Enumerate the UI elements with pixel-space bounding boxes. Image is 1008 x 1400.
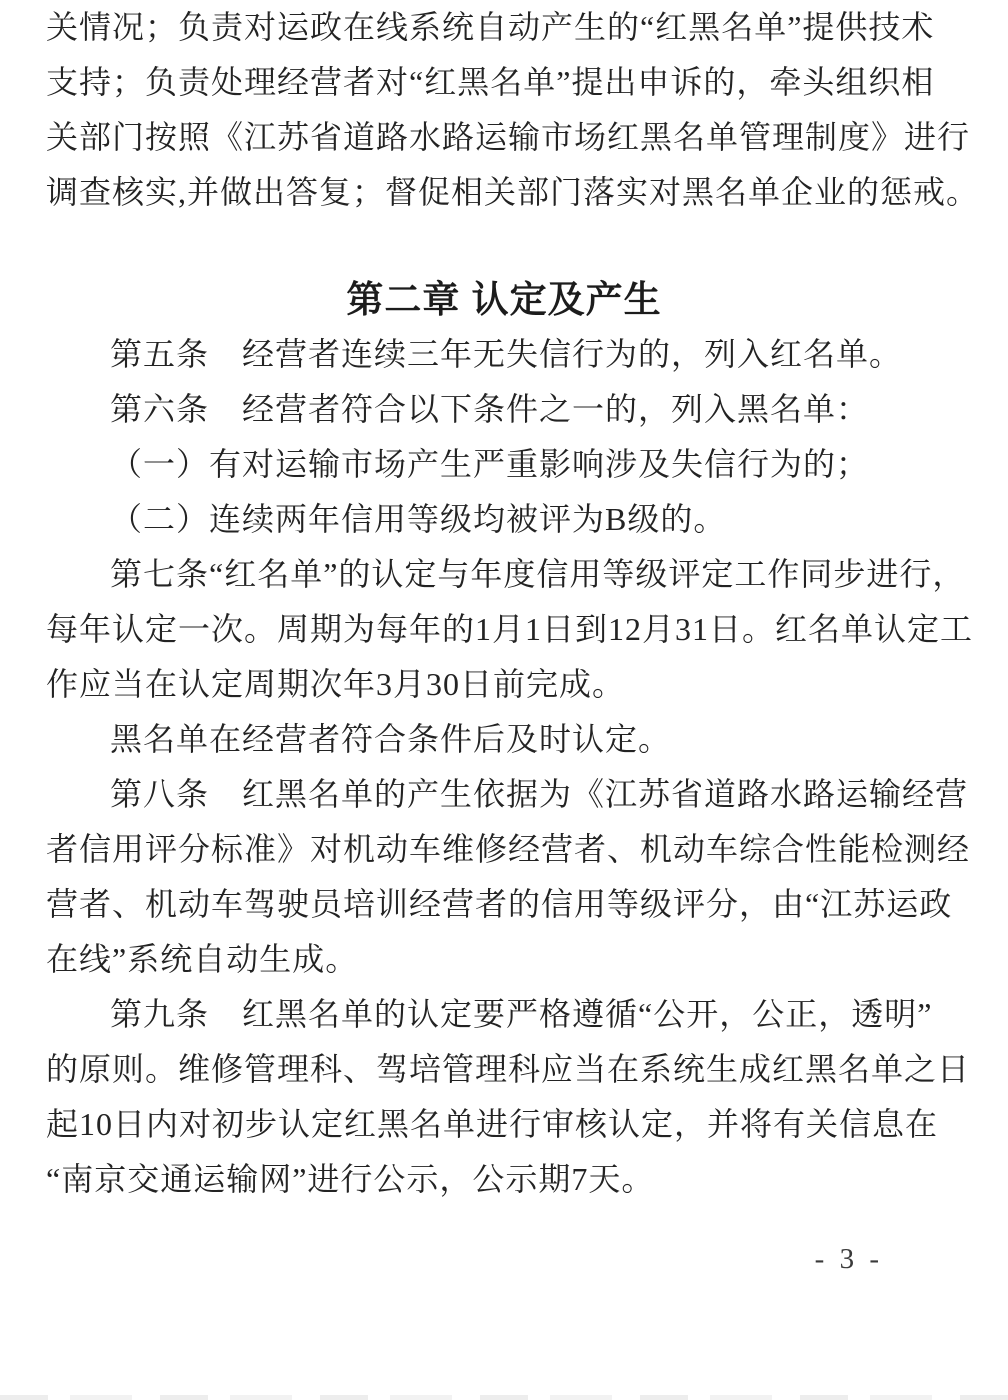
chapter-heading: 第二章 认定及产生 (46, 272, 962, 327)
text-line: 的原则。维修管理科、驾培管理科应当在系统生成红黑名单之日 (46, 1042, 962, 1097)
text-line: （一）有对运输市场产生严重影响涉及失信行为的； (46, 437, 962, 492)
text-line: 第九条 红黑名单的认定要严格遵循“公开，公正，透明” (46, 987, 962, 1042)
text-line: 在线”系统自动生成。 (46, 932, 962, 987)
document-page: 关情况；负责对运政在线系统自动产生的“红黑名单”提供技术支持；负责处理经营者对“… (0, 0, 1008, 1400)
text-line: 起10日内对初步认定红黑名单进行审核认定，并将有关信息在 (46, 1097, 962, 1152)
document-body: 关情况；负责对运政在线系统自动产生的“红黑名单”提供技术支持；负责处理经营者对“… (0, 0, 1008, 1207)
text-line: 每年认定一次。周期为每年的1月1日到12月31日。红名单认定工 (46, 602, 962, 657)
text-line: 者信用评分标准》对机动车维修经营者、机动车综合性能检测经 (46, 822, 962, 877)
text-line: 第七条“红名单”的认定与年度信用等级评定工作同步进行， (46, 547, 962, 602)
text-line: 关部门按照《江苏省道路水路运输市场红黑名单管理制度》进行 (46, 110, 962, 165)
text-line: 作应当在认定周期次年3月30日前完成。 (46, 657, 962, 712)
text-line: 第六条 经营者符合以下条件之一的，列入黑名单： (46, 382, 962, 437)
scan-artifact-strip (0, 1395, 1008, 1400)
text-line: 第五条 经营者连续三年无失信行为的，列入红名单。 (46, 327, 962, 382)
text-line: 调查核实,并做出答复；督促相关部门落实对黑名单企业的惩戒。 (46, 165, 962, 220)
text-line: 黑名单在经营者符合条件后及时认定。 (46, 712, 962, 767)
text-line: 营者、机动车驾驶员培训经营者的信用等级评分，由“江苏运政 (46, 877, 962, 932)
text-line: 第八条 红黑名单的产生依据为《江苏省道路水路运输经营 (46, 767, 962, 822)
page-number: - 3 - (815, 1243, 883, 1276)
text-line: （二）连续两年信用等级均被评为B级的。 (46, 492, 962, 547)
text-line: 关情况；负责对运政在线系统自动产生的“红黑名单”提供技术 (46, 0, 962, 55)
text-line: 支持；负责处理经营者对“红黑名单”提出申诉的，牵头组织相 (46, 55, 962, 110)
text-line: “南京交通运输网”进行公示，公示期7天。 (46, 1152, 962, 1207)
